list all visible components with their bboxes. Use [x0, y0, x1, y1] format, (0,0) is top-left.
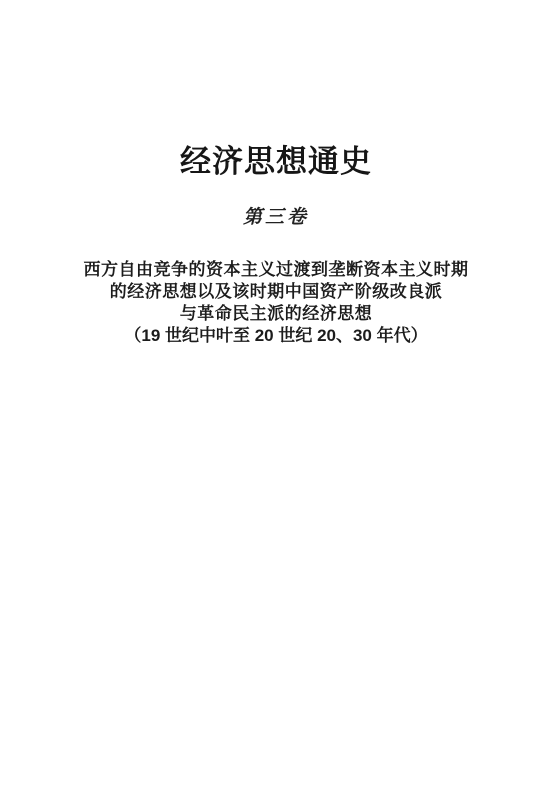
subtitle-line-1: 西方自由竞争的资本主义过渡到垄断资本主义时期	[0, 259, 552, 281]
book-subtitle-block: 西方自由竞争的资本主义过渡到垄断资本主义时期 的经济思想以及该时期中国资产阶级改…	[0, 259, 552, 347]
subtitle-line-2: 的经济思想以及该时期中国资产阶级改良派	[0, 281, 552, 303]
scanned-book-title-page: 经济思想通史 第三卷 西方自由竞争的资本主义过渡到垄断资本主义时期 的经济思想以…	[0, 0, 552, 800]
subtitle-line-3: 与革命民主派的经济思想	[0, 303, 552, 325]
subtitle-date-range: （19 世纪中叶至 20 世纪 20、30 年代）	[0, 325, 552, 347]
volume-label: 第三卷	[0, 205, 552, 231]
book-title: 经济思想通史	[0, 143, 552, 181]
